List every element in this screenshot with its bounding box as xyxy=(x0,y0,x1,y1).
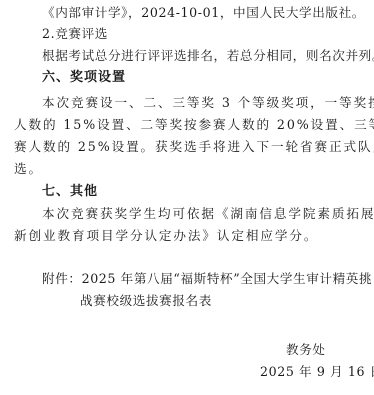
section-2-text: 根据考试总分进行评评选排名，若总分相同，则名次并列。 xyxy=(42,49,374,63)
section-2-heading: 2.竞赛评选 xyxy=(42,27,108,41)
reference-line: 《内部审计学》，2024-10-01，中国人民大学出版社。 xyxy=(42,6,365,20)
section-six-line: 赛人数的 25%设置。获奖选手将进入下一轮省赛正式队员的遴 xyxy=(14,140,374,154)
section-seven-line: 本次竞赛获奖学生均可依据《湖南信息学院素质拓展与创 xyxy=(42,207,374,221)
attachment-line: 附件：2025 年第八届“福斯特杯”全国大学生审计精英挑 xyxy=(42,272,372,286)
section-seven-heading: 七、其他 xyxy=(42,185,98,199)
section-six-line: 本次竞赛设一、二、三等奖 3 个等级奖项，一等奖按参赛 xyxy=(42,96,374,110)
section-six-heading: 六、奖项设置 xyxy=(42,71,126,85)
section-seven-line: 新创业教育项目学分认定办法》认定相应学分。 xyxy=(14,229,318,243)
signature-date: 2025 年 9 月 16 日 xyxy=(260,365,374,379)
section-six-line: 人数的 15%设置、二等奖按参赛人数的 20%设置、三等奖按参 xyxy=(14,118,374,132)
signature-office: 教务处 xyxy=(286,343,326,357)
section-six-line: 选。 xyxy=(14,162,43,176)
attachment-line: 战赛校级选拔赛报名表 xyxy=(80,294,212,308)
